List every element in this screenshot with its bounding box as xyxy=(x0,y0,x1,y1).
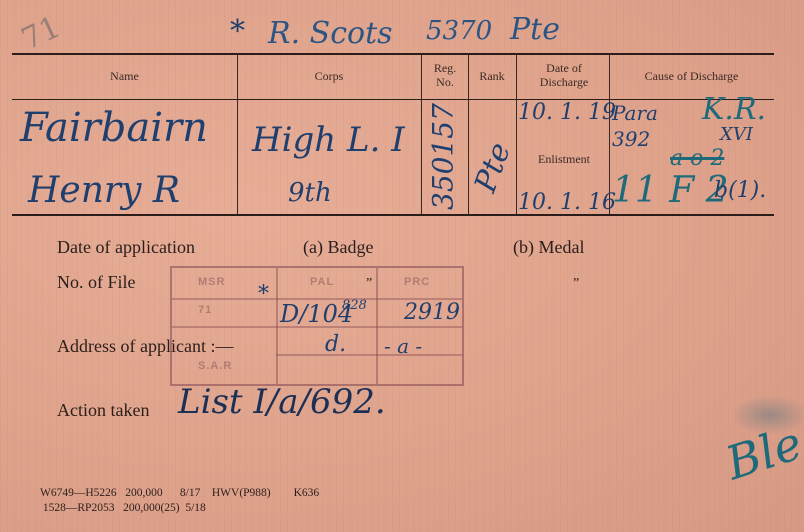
enlistment-date: 10. 1. 16 xyxy=(518,190,616,215)
action-taken-value: List I/a/692. xyxy=(178,382,386,422)
date-of-application-label: Date of application xyxy=(57,237,195,258)
address-ditto-1: d. xyxy=(325,332,346,357)
surname: Fairbairn xyxy=(20,105,208,151)
no-of-file-label: No. of File xyxy=(57,272,136,293)
file-number-2: 2919 xyxy=(404,300,460,325)
cause-xvi: XVI xyxy=(720,124,753,145)
table-bottom-rule xyxy=(12,214,774,216)
stamp-cell: S.A.R xyxy=(198,360,232,372)
cause-para: Para 392 xyxy=(612,100,672,152)
rank-annotation: Pte xyxy=(510,12,560,47)
cause-b: b(1). xyxy=(714,178,766,203)
stamp-cell: PRC xyxy=(404,276,430,288)
badge-ditto: ” xyxy=(366,276,372,292)
forename: Henry R xyxy=(28,170,180,211)
reg-number: 350157 xyxy=(427,102,460,212)
cause-bottom: 11 F 2 xyxy=(612,170,729,211)
footer-line-1: W6749—H5226 200,000 8/17 HWV(P988) K636 xyxy=(40,487,319,499)
cause-kr: K.R. xyxy=(702,92,766,127)
header-cause-of-discharge: Cause of Discharge xyxy=(609,69,774,83)
regiment-annotation: R. Scots xyxy=(268,16,393,51)
medal-label: (b) Medal xyxy=(513,237,584,258)
col-divider-rank xyxy=(516,55,517,214)
cause-struck-text: a o 2 xyxy=(670,146,724,171)
corner-mark: 71 xyxy=(16,10,65,58)
corps-line-1: High L. I xyxy=(252,120,405,160)
col-divider-corps xyxy=(421,55,422,214)
address-label: Address of applicant :— xyxy=(57,336,233,357)
table-top-rule xyxy=(12,53,774,55)
address-ditto-2: - a - xyxy=(384,334,422,358)
header-rank: Rank xyxy=(468,69,516,83)
discharge-date: 10. 1. 19 xyxy=(518,100,616,125)
stamp-cell: 71 xyxy=(198,304,212,316)
file-superscript: 828 xyxy=(342,298,367,313)
medal-index-card: 71 * R. Scots 5370 Pte Name Corps Reg. N… xyxy=(0,0,804,532)
badge-label: (a) Badge xyxy=(303,237,373,258)
number-annotation: 5370 xyxy=(426,16,492,46)
file-mark: * xyxy=(258,282,269,307)
footer-line-2: 1528—RP2053 200,000(25) 5/18 xyxy=(40,502,206,514)
header-date-of-discharge: Date of Discharge xyxy=(526,61,602,89)
cross-mark: * xyxy=(230,14,245,49)
medal-ditto: ” xyxy=(573,276,579,292)
header-name: Name xyxy=(12,69,237,83)
stamp-cell: PAL xyxy=(310,276,334,288)
rank-value: Pte xyxy=(468,138,518,197)
corps-line-2: 9th xyxy=(288,178,332,208)
enlistment-label: Enlistment xyxy=(524,152,604,166)
stamp-cell: MSR xyxy=(198,276,225,288)
header-corps: Corps xyxy=(237,69,421,83)
header-reg-no: Reg. No. xyxy=(428,61,462,89)
action-taken-label: Action taken xyxy=(57,400,149,421)
